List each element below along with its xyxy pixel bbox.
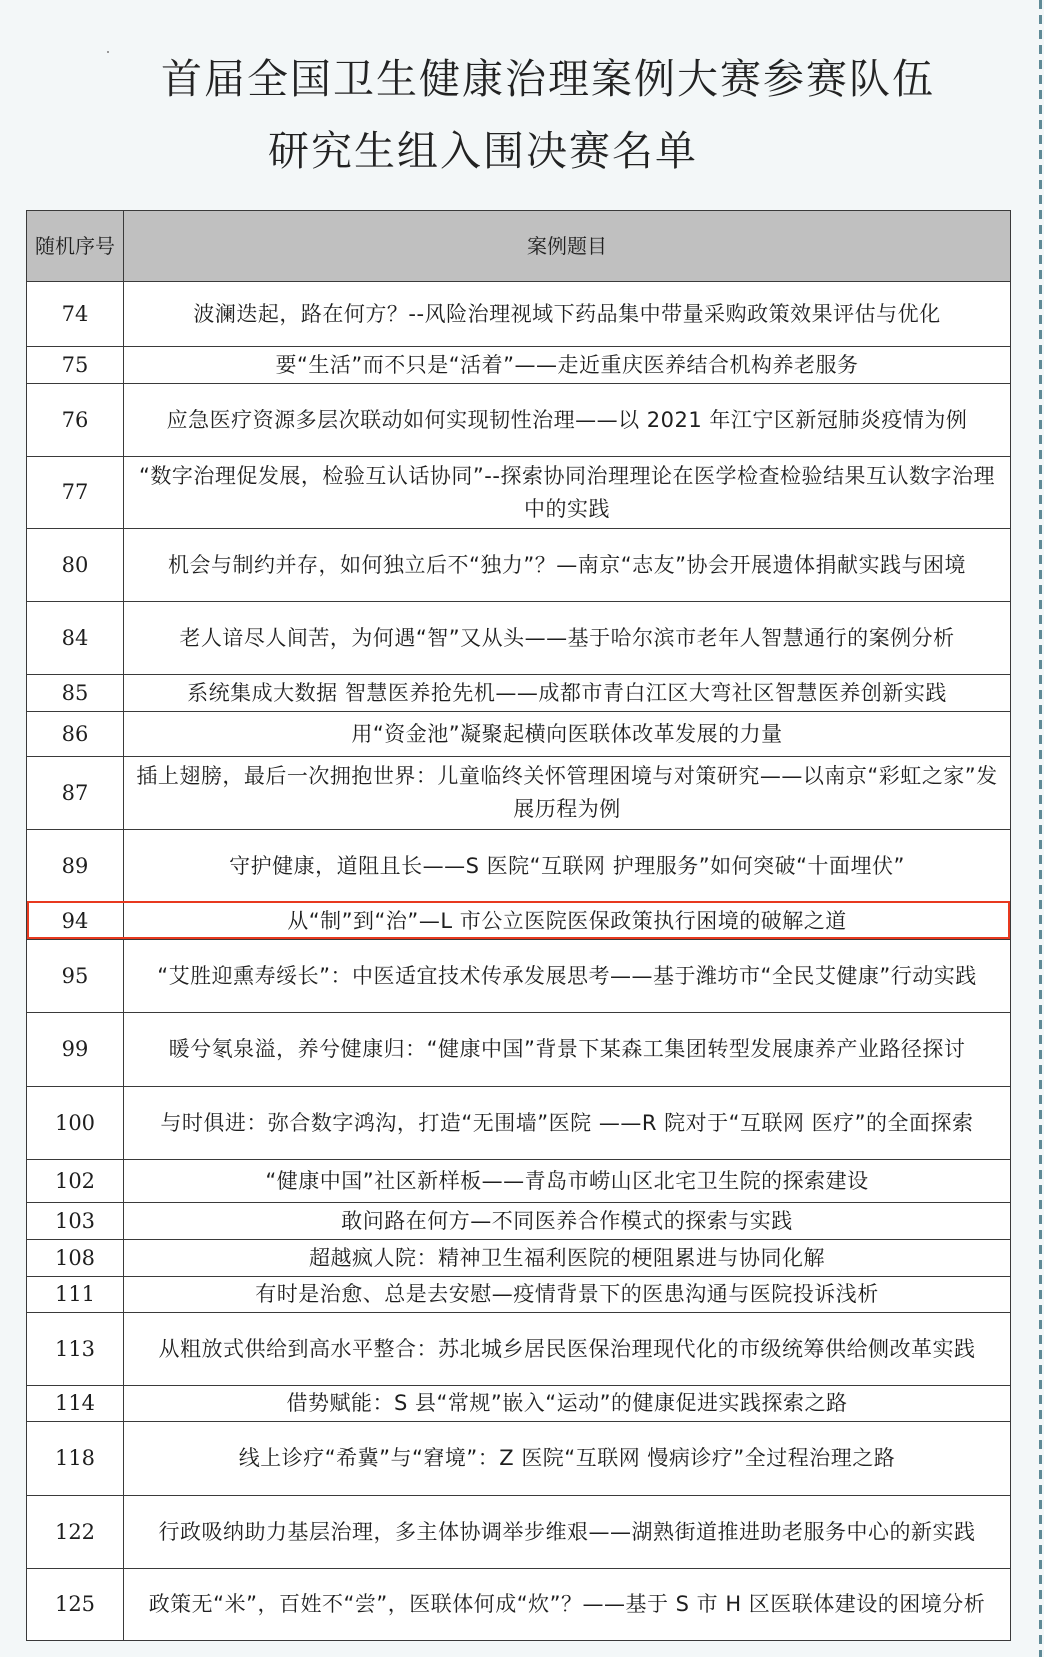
table-row: 102“健康中国”社区新样板——青岛市崂山区北宅卫生院的探索建设 xyxy=(27,1160,1011,1203)
row-case-title: “艾胜迎熏寿绥长”：中医适宜技术传承发展思考——基于潍坊市“全民艾健康”行动实践 xyxy=(124,940,1011,1013)
row-index: 80 xyxy=(27,529,124,602)
table-row: 99暖兮氡泉溢，养兮健康归：“健康中国”背景下某森工集团转型发展康养产业路径探讨 xyxy=(27,1013,1011,1087)
row-index: 85 xyxy=(27,675,124,712)
row-case-title: 线上诊疗“希冀”与“窘境”：Z 医院“互联网 慢病诊疗”全过程治理之路 xyxy=(124,1422,1011,1496)
row-case-title: 借势赋能：S 县“常规”嵌入“运动”的健康促进实践探索之路 xyxy=(124,1386,1011,1422)
row-index: 113 xyxy=(27,1313,124,1386)
row-index: 118 xyxy=(27,1422,124,1496)
row-case-title: 用“资金池”凝聚起横向医联体改革发展的力量 xyxy=(124,712,1011,757)
row-index: 87 xyxy=(27,757,124,830)
document-title-line1: 首届全国卫生健康治理案例大赛参赛队伍 xyxy=(108,46,988,105)
row-case-title: 应急医疗资源多层次联动如何实现韧性治理——以 2021 年江宁区新冠肺炎疫情为例 xyxy=(124,384,1011,457)
row-case-title: 守护健康，道阻且长——S 医院“互联网 护理服务”如何突破“十面埋伏” xyxy=(124,830,1011,903)
table-row: 95“艾胜迎熏寿绥长”：中医适宜技术传承发展思考——基于潍坊市“全民艾健康”行动… xyxy=(27,940,1011,1013)
table-row: 86用“资金池”凝聚起横向医联体改革发展的力量 xyxy=(27,712,1011,757)
row-index: 125 xyxy=(27,1569,124,1641)
row-case-title: 从“制”到“治”—L 市公立医院医保政策执行困境的破解之道 xyxy=(124,903,1011,940)
table-row: 76应急医疗资源多层次联动如何实现韧性治理——以 2021 年江宁区新冠肺炎疫情… xyxy=(27,384,1011,457)
row-index: 100 xyxy=(27,1087,124,1160)
table-row: 111有时是治愈、总是去安慰—疫情背景下的医患沟通与医院投诉浅析 xyxy=(27,1277,1011,1313)
row-index: 95 xyxy=(27,940,124,1013)
table-row: 85系统集成大数据 智慧医养抢先机——成都市青白江区大弯社区智慧医养创新实践 xyxy=(27,675,1011,712)
finalist-table: 随机序号 案例题目 74波澜迭起，路在何方？--风险治理视域下药品集中带量采购政… xyxy=(26,210,1011,1641)
table-row: 89守护健康，道阻且长——S 医院“互联网 护理服务”如何突破“十面埋伏” xyxy=(27,830,1011,903)
row-index: 108 xyxy=(27,1240,124,1277)
row-case-title: 有时是治愈、总是去安慰—疫情背景下的医患沟通与医院投诉浅析 xyxy=(124,1277,1011,1313)
row-case-title: 政策无“米”，百姓不“尝”，医联体何成“炊”？——基于 S 市 H 区医联体建设… xyxy=(124,1569,1011,1641)
row-case-title: 机会与制约并存，如何独立后不“独力”？—南京“志友”协会开展遗体捐献实践与困境 xyxy=(124,529,1011,602)
row-case-title: 老人谙尽人间苦，为何遇“智”又从头——基于哈尔滨市老年人智慧通行的案例分析 xyxy=(124,602,1011,675)
row-case-title: 超越疯人院：精神卫生福利医院的梗阻累进与协同化解 xyxy=(124,1240,1011,1277)
table-row: 87插上翅膀，最后一次拥抱世界：儿童临终关怀管理困境与对策研究——以南京“彩虹之… xyxy=(27,757,1011,830)
table-row: 74波澜迭起，路在何方？--风险治理视域下药品集中带量采购政策效果评估与优化 xyxy=(27,282,1011,347)
row-index: 84 xyxy=(27,602,124,675)
table-row: 75要“生活”而不只是“活着”——走近重庆医养结合机构养老服务 xyxy=(27,347,1011,384)
table-row: 122行政吸纳助力基层治理，多主体协调举步维艰——湖熟街道推进助老服务中心的新实… xyxy=(27,1496,1011,1569)
row-index: 99 xyxy=(27,1013,124,1087)
row-index: 89 xyxy=(27,830,124,903)
row-index: 122 xyxy=(27,1496,124,1569)
row-index: 103 xyxy=(27,1203,124,1240)
row-case-title: 插上翅膀，最后一次拥抱世界：儿童临终关怀管理困境与对策研究——以南京“彩虹之家”… xyxy=(124,757,1011,830)
table-body: 74波澜迭起，路在何方？--风险治理视域下药品集中带量采购政策效果评估与优化75… xyxy=(27,282,1011,1641)
row-index: 74 xyxy=(27,282,124,347)
row-index: 111 xyxy=(27,1277,124,1313)
column-header-index: 随机序号 xyxy=(27,211,124,282)
table-row: 125政策无“米”，百姓不“尝”，医联体何成“炊”？——基于 S 市 H 区医联… xyxy=(27,1569,1011,1641)
table-row: 118线上诊疗“希冀”与“窘境”：Z 医院“互联网 慢病诊疗”全过程治理之路 xyxy=(27,1422,1011,1496)
row-index: 86 xyxy=(27,712,124,757)
table-row: 108超越疯人院：精神卫生福利医院的梗阻累进与协同化解 xyxy=(27,1240,1011,1277)
table-row: 113从粗放式供给到高水平整合：苏北城乡居民医保治理现代化的市级统筹供给侧改革实… xyxy=(27,1313,1011,1386)
column-header-title: 案例题目 xyxy=(124,211,1011,282)
table-row: 77“数字治理促发展，检验互认话协同”--探索协同治理理论在医学检查检验结果互认… xyxy=(27,457,1011,529)
row-index: 77 xyxy=(27,457,124,529)
page-edge-dashed-border xyxy=(1039,0,1042,1657)
row-case-title: 行政吸纳助力基层治理，多主体协调举步维艰——湖熟街道推进助老服务中心的新实践 xyxy=(124,1496,1011,1569)
row-case-title: “健康中国”社区新样板——青岛市崂山区北宅卫生院的探索建设 xyxy=(124,1160,1011,1203)
table-header-row: 随机序号 案例题目 xyxy=(27,211,1011,282)
row-case-title: 系统集成大数据 智慧医养抢先机——成都市青白江区大弯社区智慧医养创新实践 xyxy=(124,675,1011,712)
row-index: 114 xyxy=(27,1386,124,1422)
row-case-title: 从粗放式供给到高水平整合：苏北城乡居民医保治理现代化的市级统筹供给侧改革实践 xyxy=(124,1313,1011,1386)
row-case-title: 暖兮氡泉溢，养兮健康归：“健康中国”背景下某森工集团转型发展康养产业路径探讨 xyxy=(124,1013,1011,1087)
row-case-title: 与时俱进：弥合数字鸿沟，打造“无围墙”医院 ——R 院对于“互联网 医疗”的全面… xyxy=(124,1087,1011,1160)
row-case-title: 敢问路在何方—不同医养合作模式的探索与实践 xyxy=(124,1203,1011,1240)
row-index: 94 xyxy=(27,903,124,940)
row-index: 75 xyxy=(27,347,124,384)
table-row: 100与时俱进：弥合数字鸿沟，打造“无围墙”医院 ——R 院对于“互联网 医疗”… xyxy=(27,1087,1011,1160)
table-row: 80机会与制约并存，如何独立后不“独力”？—南京“志友”协会开展遗体捐献实践与困… xyxy=(27,529,1011,602)
table-row: 84老人谙尽人间苦，为何遇“智”又从头——基于哈尔滨市老年人智慧通行的案例分析 xyxy=(27,602,1011,675)
row-case-title: 波澜迭起，路在何方？--风险治理视域下药品集中带量采购政策效果评估与优化 xyxy=(124,282,1011,347)
table-row: 114借势赋能：S 县“常规”嵌入“运动”的健康促进实践探索之路 xyxy=(27,1386,1011,1422)
row-index: 76 xyxy=(27,384,124,457)
row-index: 102 xyxy=(27,1160,124,1203)
table-row: 94从“制”到“治”—L 市公立医院医保政策执行困境的破解之道 xyxy=(27,903,1011,940)
table-row: 103敢问路在何方—不同医养合作模式的探索与实践 xyxy=(27,1203,1011,1240)
document-title-line2: 研究生组入围决赛名单 xyxy=(268,118,758,177)
row-case-title: “数字治理促发展，检验互认话协同”--探索协同治理理论在医学检查检验结果互认数字… xyxy=(124,457,1011,529)
row-case-title: 要“生活”而不只是“活着”——走近重庆医养结合机构养老服务 xyxy=(124,347,1011,384)
